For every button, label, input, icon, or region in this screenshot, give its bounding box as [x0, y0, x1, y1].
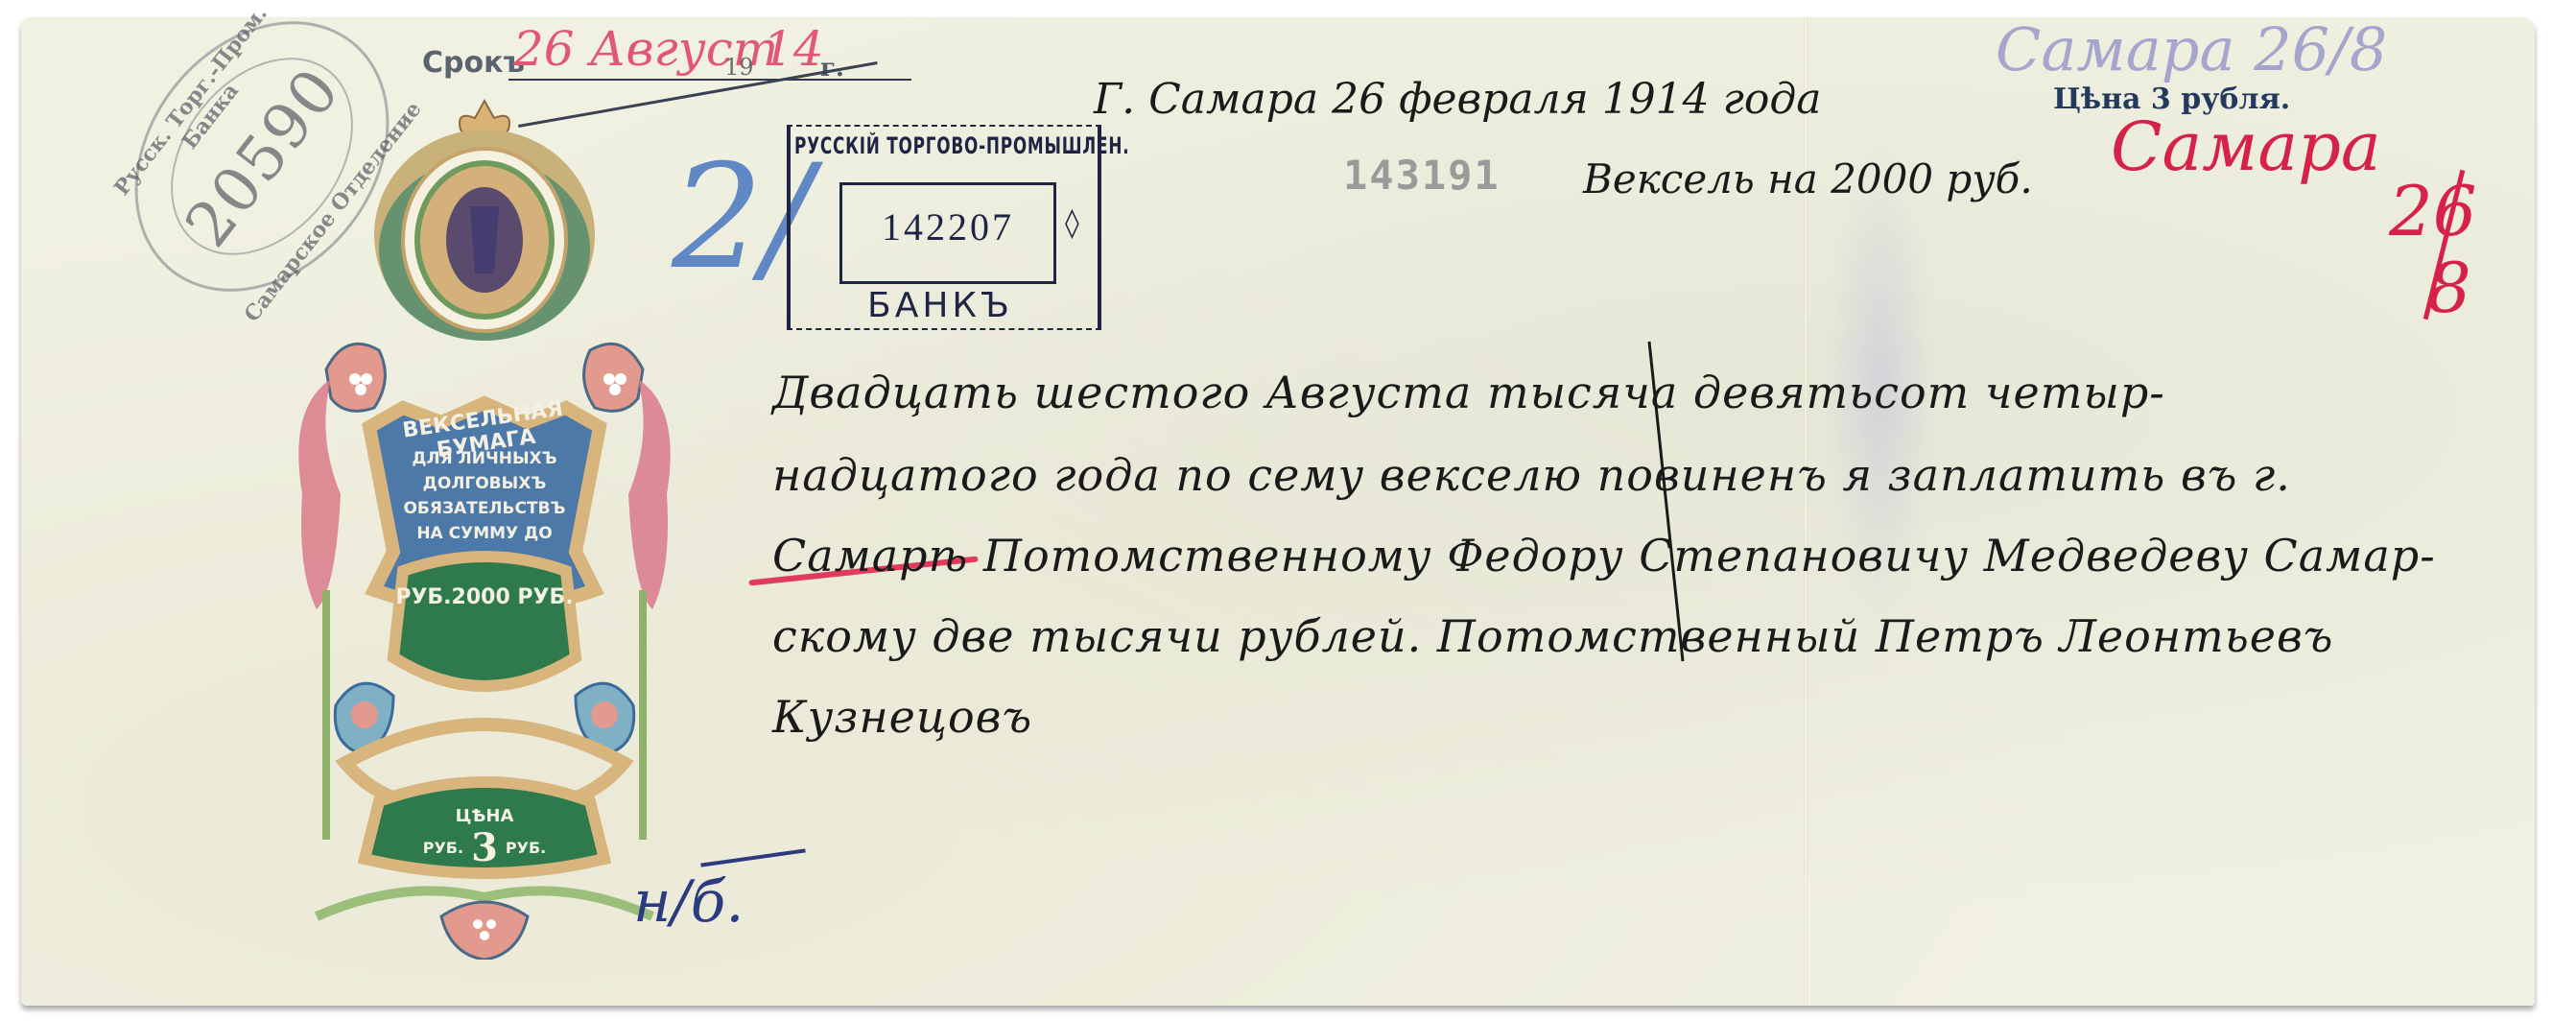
term-handwritten-year: 14 — [763, 21, 824, 77]
diamond-ornament-icon: ◊ — [1065, 206, 1079, 240]
bank-stamp-number: 142207 — [842, 204, 1053, 249]
ornament-subtitle-line: НА СУММУ ДО — [403, 521, 566, 546]
ornamental-stamp-panel: ВЕКСЕЛЬНАЯ БУМАГА ДЛЯ ЛИЧНЫХЪ ДОЛГОВЫХЪ … — [288, 91, 681, 960]
red-date-day: 26 — [2389, 171, 2477, 251]
bank-stamp: РУССКІЙ ТОРГОВО-ПРОМЫШЛЕН. 142207 ◊ БАНК… — [777, 125, 1103, 336]
ornament-subtitle-line: ДОЛГОВЫХЪ — [403, 471, 566, 496]
ornament-price-label: ЦѢНА — [393, 806, 576, 826]
ornament-price: РУБ. 3 РУБ. — [393, 825, 576, 870]
body-line: Кузнецовъ — [772, 691, 1032, 743]
serial-number: 143191 — [1343, 152, 1501, 199]
bill-amount: Вексель на 2000 руб. — [1583, 155, 2033, 202]
red-city-mark: Самара — [2111, 107, 2381, 186]
ornament-subtitle: ДЛЯ ЛИЧНЫХЪ ДОЛГОВЫХЪ ОБЯЗАТЕЛЬСТВЪ НА С… — [403, 446, 566, 546]
ornament-amount: РУБ.2000 РУБ. — [393, 585, 576, 609]
ornament-subtitle-line: ОБЯЗАТЕЛЬСТВЪ — [403, 496, 566, 521]
ornament-subtitle-line: ДЛЯ ЛИЧНЫХЪ — [403, 446, 566, 471]
term-underline — [508, 79, 911, 81]
term-year-prefix: 19 — [724, 54, 754, 81]
body-line: надцатого года по сему векселю повиненъ … — [772, 449, 2291, 501]
ornament-price-currency-right: РУБ. — [506, 839, 546, 857]
term-label: Срокъ — [422, 46, 525, 80]
body-line: скому две тысячи рублей. Потомственный П… — [772, 610, 2333, 662]
pencil-note-top: Самара 26/8 — [1996, 14, 2387, 84]
red-date-month: 8 — [2427, 248, 2471, 328]
bank-stamp-top-text: РУССКІЙ ТОРГОВО-ПРОМЫШЛЕН. — [794, 132, 1027, 159]
body-line: Двадцать шестого Августа тысяча девятьсо… — [772, 367, 2165, 418]
body-line: Самарѣ Потомственному Федору Степановичу… — [772, 530, 2436, 582]
place-and-date: Г. Самара 26 февраля 1914 года — [1094, 75, 1822, 124]
bank-stamp-bottom-text: БАНКЪ — [777, 286, 1103, 325]
ornament-price-value: 3 — [471, 825, 498, 870]
ornament-price-currency-left: РУБ. — [423, 839, 463, 857]
bank-stamp-number-box: 142207 — [839, 182, 1056, 284]
bottom-note: н/б. — [633, 868, 744, 936]
